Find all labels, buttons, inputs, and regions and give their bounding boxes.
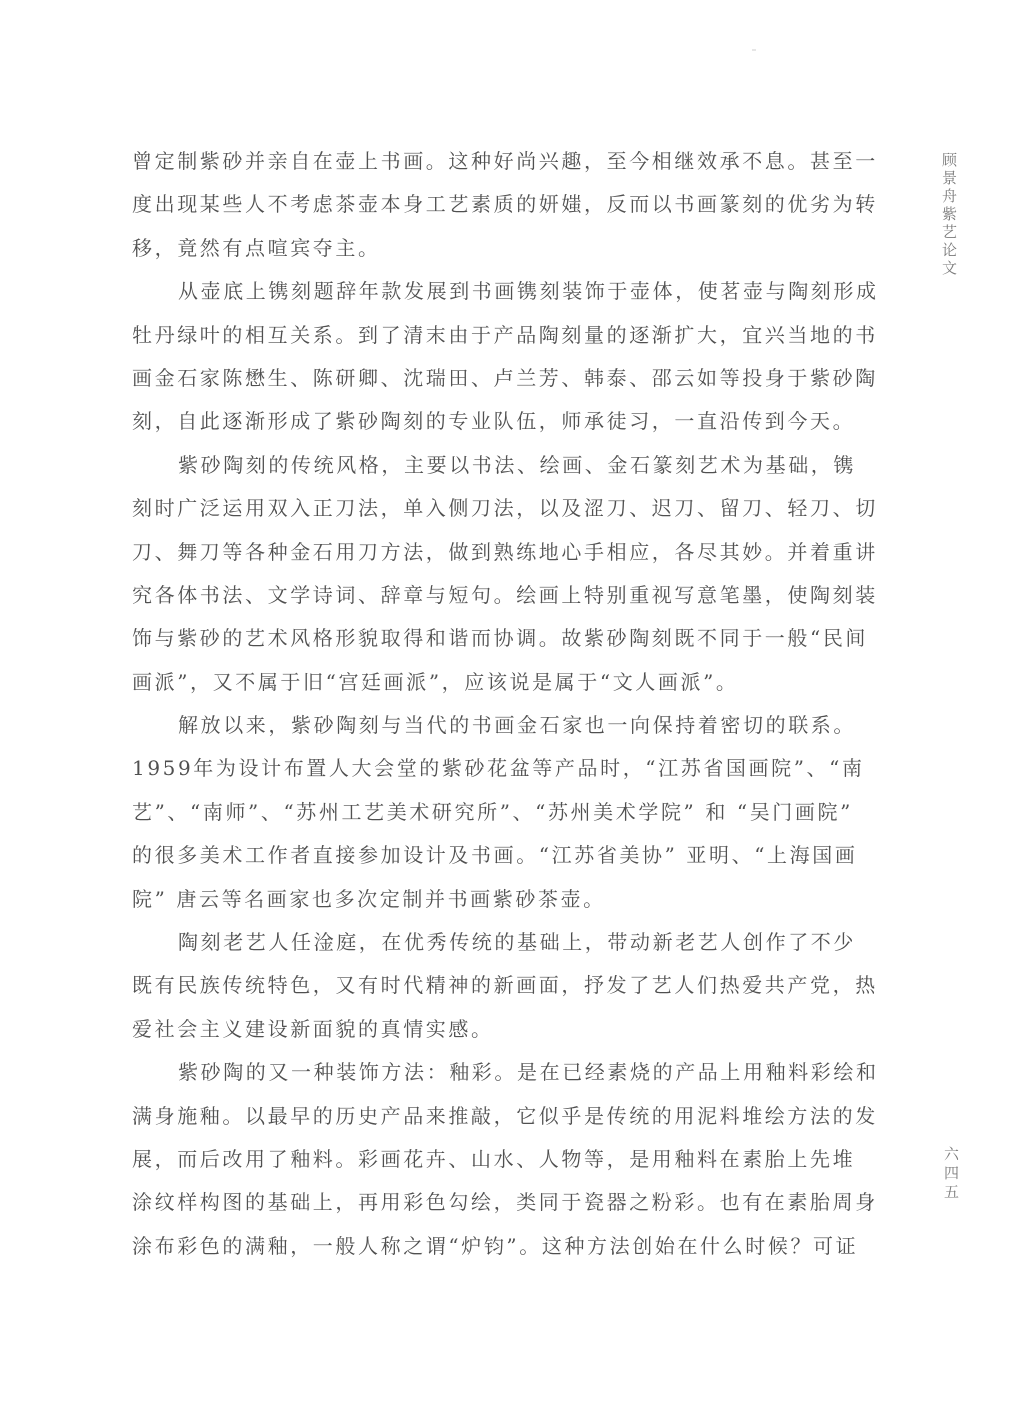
text-line: 画金石家陈懋生、陈研卿、沈瑞田、卢兰芳、韩泰、邵云如等投身于紫砂陶 — [132, 357, 868, 400]
text-line: 从壶底上镌刻题辞年款发展到书画镌刻装饰于壶体，使茗壶与陶刻形成 — [132, 270, 868, 313]
text-line: 刻时广泛运用双入正刀法，单入侧刀法，以及涩刀、迟刀、留刀、轻刀、切 — [132, 487, 868, 530]
text-line: 1959年为设计布置人大会堂的紫砂花盆等产品时，“江苏省国画院”、“南 — [132, 747, 868, 790]
text-line: 牡丹绿叶的相互关系。到了清末由于产品陶刻量的逐渐扩大，宜兴当地的书 — [132, 314, 868, 357]
text-line: 陶刻老艺人任淦庭，在优秀传统的基础上，带动新老艺人创作了不少 — [132, 921, 868, 964]
paragraph-3: 紫砂陶刻的传统风格，主要以书法、绘画、金石篆刻艺术为基础，镌 刻时广泛运用双入正… — [132, 444, 868, 704]
running-header-title: 顾景舟紫艺论文 — [936, 152, 960, 278]
page-number: 六四五 — [937, 1146, 961, 1203]
text-line: 艺”、“南师”、“苏州工艺美术研究所”、“苏州美术学院” 和 “吴门画院” — [132, 791, 868, 834]
text-line: 紫砂陶刻的传统风格，主要以书法、绘画、金石篆刻艺术为基础，镌 — [132, 444, 868, 487]
text-line: 院” 唐云等名画家也多次定制并书画紫砂茶壶。 — [132, 878, 868, 921]
text-line: 的很多美术工作者直接参加设计及书画。“江苏省美协” 亚明、“上海国画 — [132, 834, 868, 877]
paragraph-1: 曾定制紫砂并亲自在壶上书画。这种好尚兴趣，至今相继效承不息。甚至一 度出现某些人… — [132, 140, 868, 270]
text-line: 涂纹样构图的基础上，再用彩色勾绘，类同于瓷器之粉彩。也有在素胎周身 — [132, 1181, 868, 1224]
text-line: 度出现某些人不考虑茶壶本身工艺素质的妍媸，反而以书画篆刻的优劣为转 — [132, 183, 868, 226]
text-line: 解放以来，紫砂陶刻与当代的书画金石家也一向保持着密切的联系。 — [132, 704, 868, 747]
text-line: 展，而后改用了釉料。彩画花卉、山水、人物等，是用釉料在素胎上先堆 — [132, 1138, 868, 1181]
paragraph-6: 紫砂陶的又一种装饰方法：釉彩。是在已经素烧的产品上用釉料彩绘和 满身施釉。以最早… — [132, 1051, 868, 1268]
paragraph-5: 陶刻老艺人任淦庭，在优秀传统的基础上，带动新老艺人创作了不少 既有民族传统特色，… — [132, 921, 868, 1051]
text-line: 画派”，又不属于旧“宫廷画派”，应该说是属于“文人画派”。 — [132, 661, 868, 704]
book-page: 曾定制紫砂并亲自在壶上书画。这种好尚兴趣，至今相继效承不息。甚至一 度出现某些人… — [0, 0, 1016, 1424]
body-text: 曾定制紫砂并亲自在壶上书画。这种好尚兴趣，至今相继效承不息。甚至一 度出现某些人… — [132, 140, 868, 1268]
text-line: 刻，自此逐渐形成了紫砂陶刻的专业队伍，师承徒习，一直沿传到今天。 — [132, 400, 868, 443]
scan-speck — [752, 49, 756, 51]
text-line: 紫砂陶的又一种装饰方法：釉彩。是在已经素烧的产品上用釉料彩绘和 — [132, 1051, 868, 1094]
text-line: 爱社会主义建设新面貌的真情实感。 — [132, 1008, 868, 1051]
text-line: 曾定制紫砂并亲自在壶上书画。这种好尚兴趣，至今相继效承不息。甚至一 — [132, 140, 868, 183]
text-line: 满身施釉。以最早的历史产品来推敲，它似乎是传统的用泥料堆绘方法的发 — [132, 1095, 868, 1138]
paragraph-2: 从壶底上镌刻题辞年款发展到书画镌刻装饰于壶体，使茗壶与陶刻形成 牡丹绿叶的相互关… — [132, 270, 868, 444]
text-line: 究各体书法、文学诗词、辞章与短句。绘画上特别重视写意笔墨，使陶刻装 — [132, 574, 868, 617]
text-line: 移，竟然有点喧宾夺主。 — [132, 227, 868, 270]
text-line: 既有民族传统特色，又有时代精神的新画面，抒发了艺人们热爱共产党，热 — [132, 964, 868, 1007]
text-line: 涂布彩色的满釉，一般人称之谓“炉钧”。这种方法创始在什么时候？可证 — [132, 1225, 868, 1268]
paragraph-4: 解放以来，紫砂陶刻与当代的书画金石家也一向保持着密切的联系。 1959年为设计布… — [132, 704, 868, 921]
text-line: 刀、舞刀等各种金石用刀方法，做到熟练地心手相应，各尽其妙。并着重讲 — [132, 531, 868, 574]
text-line: 饰与紫砂的艺术风格形貌取得和谐而协调。故紫砂陶刻既不同于一般“民间 — [132, 617, 868, 660]
